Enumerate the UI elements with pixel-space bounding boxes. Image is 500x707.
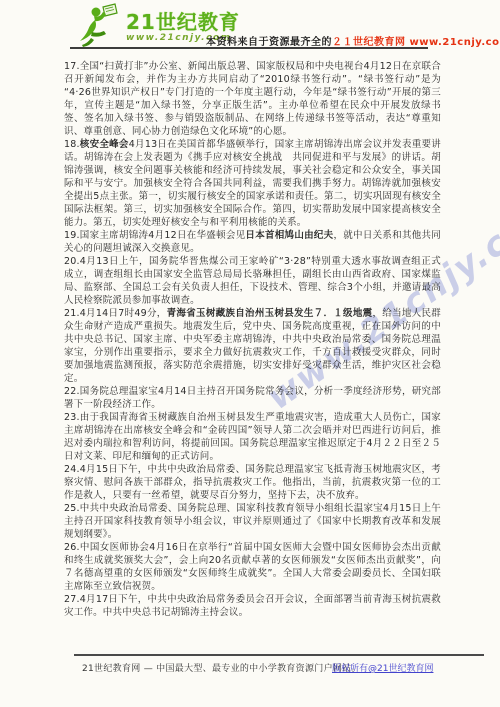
news-bold-text: 日本首相鸠山由纪夫 [245, 230, 333, 241]
news-paragraph: 21.4月14日7时49分，青海省玉树藏族自治州玉树县发生７．１级地震，给当地人… [64, 307, 441, 385]
news-paragraph: 26.中国女医师协会4月16日在京举行“首届中国女医师大会暨中国女医师协会杰出贡… [64, 541, 441, 593]
news-text: 27.4月17日下午，中共中央政治局常务委员会召开会议，全面部署当前青海玉树抗震… [64, 594, 441, 618]
news-text: 25.中共中央政治局常委、国务院总理、国家科技教育领导小组组长温家宝4月15日上… [64, 503, 441, 540]
footer-text: 21世纪教育网 — 中国最大型、最专业的中小学教育资源门户网站。 [82, 661, 361, 674]
news-paragraph: 20.4月13日上午，国务院华晋焦煤公司王家岭矿“3·28”特别重大透水事故调查… [64, 255, 441, 307]
footer-divider [74, 654, 484, 656]
copyright-link[interactable]: 版权所有@21世纪教育网 [332, 661, 433, 674]
news-paragraph: 22.国务院总理温家宝4月14日主持召开国务院常务会议，分析一季度经济形势，研究… [64, 385, 441, 411]
running-figure-icon [74, 3, 124, 49]
header-tagline: 本资料来自于资源最齐全的２１世纪教育网 www.21cnjy.com [206, 33, 500, 48]
news-bold-text: 核安全峰会 [80, 139, 129, 150]
header-divider [70, 47, 428, 49]
news-paragraph: 25.中共中央政治局常委、国务院总理、国家科技教育领导小组组长温家宝4月15日上… [64, 502, 441, 541]
news-paragraph: 24.4月15日下午，中共中央政治局常委、国务院总理温家宝飞抵青海玉树地震灾区，… [64, 463, 441, 502]
news-text: 4月13日在美国首都华盛顿举行，国家主席胡锦涛出席会议并发表重要讲话。胡锦涛在会… [64, 139, 441, 228]
news-paragraph: 17.全国“扫黄打非”办公室、新闻出版总署、国家版权局和中央电视台4月12日在京… [64, 60, 441, 138]
news-text: 18. [64, 139, 80, 150]
news-text: 20.4月13日上午，国务院华晋焦煤公司王家岭矿“3·28”特别重大透水事故调查… [64, 256, 441, 306]
news-text: 24.4月15日下午，中共中央政治局常委、国务院总理温家宝飞抵青海玉树地震灾区，… [64, 464, 441, 501]
news-text: 22.国务院总理温家宝4月14日主持召开国务院常务会议，分析一季度经济形势，研究… [64, 386, 441, 410]
news-paragraph: 19.国家主席胡锦涛4月12日在华盛顿会见日本首相鸠山由纪夫，就中日关系和其他共… [64, 229, 441, 255]
news-list: 17.全国“扫黄打非”办公室、新闻出版总署、国家版权局和中央电视台4月12日在京… [64, 60, 441, 619]
news-text: 21.4月14日7时49分， [64, 308, 167, 319]
news-paragraph: 23.由于我国青海省玉树藏族自治州玉树县发生严重地震灾害，造成重大人员伤亡，国家… [64, 411, 441, 463]
news-text: 23.由于我国青海省玉树藏族自治州玉树县发生严重地震灾害，造成重大人员伤亡，国家… [64, 412, 441, 462]
news-text: 17.全国“扫黄打非”办公室、新闻出版总署、国家版权局和中央电视台4月12日在京… [64, 61, 441, 137]
document-page: 21世纪教育 www.21cnjy.com 本资料来自于资源最齐全的２１世纪教育… [0, 0, 500, 707]
news-text: ，给当地人民群众生命财产造成严重损失。地震发生后，党中央、国务院高度重视，正在国… [64, 308, 441, 384]
news-paragraph: 27.4月17日下午，中共中央政治局常务委员会召开会议，全面部署当前青海玉树抗震… [64, 593, 441, 619]
news-text: 26.中国女医师协会4月16日在京举行“首届中国女医师大会暨中国女医师协会杰出贡… [64, 542, 441, 592]
logo-brand: 21世纪教育 [126, 12, 240, 32]
news-bold-text: 青海省玉树藏族自治州玉树县发生７．１级地震 [167, 308, 373, 319]
news-paragraph: 18.核安全峰会4月13日在美国首都华盛顿举行，国家主席胡锦涛出席会议并发表重要… [64, 138, 441, 229]
news-text: 19.国家主席胡锦涛4月12日在华盛顿会见 [64, 230, 245, 241]
